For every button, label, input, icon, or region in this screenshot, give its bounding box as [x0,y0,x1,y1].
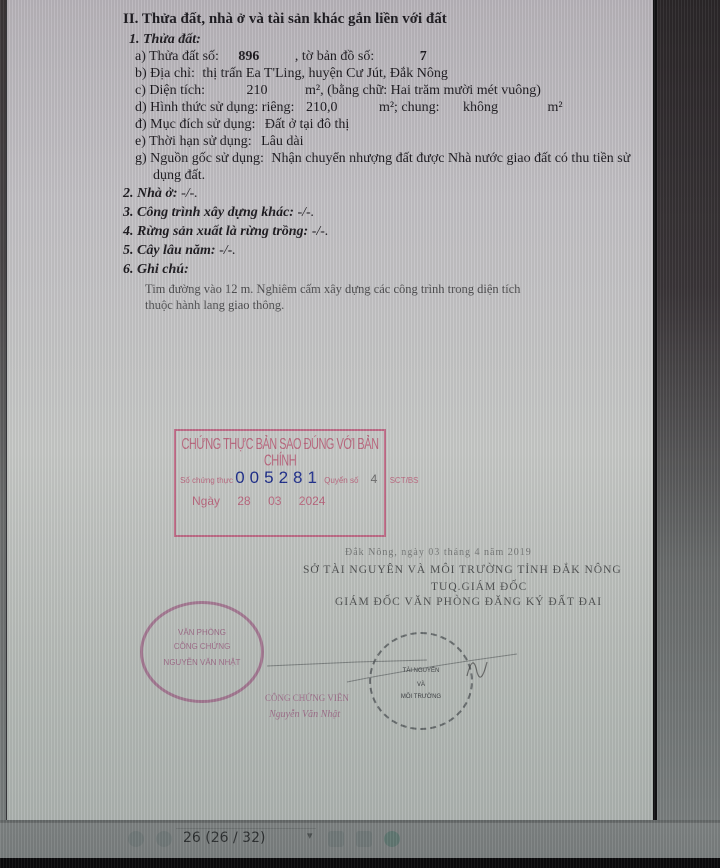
parcel-number-label: a) Thửa đất số: [135,49,219,64]
item-other-construction-label: 3. Công trình xây dựng khác: [123,205,294,220]
usage-form-row: d) Hình thức sử dụng: riêng: 210,0 m²; c… [135,100,563,117]
cert-book: 4 [371,472,378,486]
notary-seal: VĂN PHÒNG CÔNG CHỨNG NGUYỄN VĂN NHẬT [140,601,264,703]
origin-row: g) Nguồn gốc sử dụng: Nhận chuyển nhượng… [135,151,630,168]
address-row: b) Địa chỉ: thị trấn Ea T'Ling, huyện Cư… [135,66,448,83]
origin-label: g) Nguồn gốc sử dụng: [135,151,264,166]
item-perennial-trees: 5. Cây lâu năm: -/-. [123,243,236,260]
item-perennial-trees-label: 5. Cây lâu năm: [123,243,216,258]
term-value: Lâu dài [261,134,303,151]
seal-red-line-3: NGUYỄN VĂN NHẬT [143,658,261,667]
first-page-icon[interactable] [156,831,172,847]
private-area-unit: m²; chung: [379,100,440,117]
address-label: b) Địa chỉ: [135,66,195,81]
cert-number-row: Số chứng thực 005281 Quyển số 4 SCT/BS [180,468,418,488]
shared-area-value: không [463,100,498,117]
viewer-side-panel [656,0,720,822]
term-row: e) Thời hạn sử dụng: Lâu dài [135,134,303,151]
cert-number-label: Số chứng thực [180,476,233,485]
signature-role: GIÁM ĐỐC VĂN PHÒNG ĐĂNG KÝ ĐẤT ĐAI [335,596,602,608]
signature-place-date: Đắk Nông, ngày 03 tháng 4 năm 2019 [345,547,532,558]
certification-stamp: CHỨNG THỰC BẢN SAO ĐÚNG VỚI BẢN CHÍNH Số… [174,429,386,537]
item-other-construction: 3. Công trình xây dựng khác: -/-. [123,205,314,222]
area-row: c) Diện tích: 210 m², (bằng chữ: Hai tră… [135,83,541,100]
note-line-2: thuộc hành lang giao thông. [145,298,284,313]
cert-date-row: Ngày 28 03 2024 [192,494,339,508]
document-page: II. Thửa đất, nhà ở và tài sản khác gắn … [6,0,657,821]
item-planted-forest: 4. Rừng sản xuất là rừng trồng: -/-. [123,224,328,241]
dropdown-icon[interactable]: ▾ [307,829,313,842]
shared-area-unit: m² [548,100,563,117]
item-house-label: 2. Nhà ở: [123,186,178,201]
zoom-icon[interactable] [328,831,344,847]
item-perennial-trees-value: -/-. [219,243,236,258]
page-indicator[interactable]: 26 (26 / 32) [183,830,265,846]
map-sheet-label: , tờ bản đồ số: [295,49,374,66]
cert-book-label: Quyển số [324,476,358,485]
area-unit: m², (bằng chữ: Hai trăm mười mét vuông) [305,83,541,100]
parcel-number-row: a) Thửa đất số: 896 , tờ bản đồ số: 7 [135,49,427,66]
section-title: II. Thửa đất, nhà ở và tài sản khác gắn … [123,10,447,28]
fit-page-icon[interactable] [356,831,372,847]
purpose-label: đ) Mục đích sử dụng: [135,117,255,132]
item-planted-forest-label: 4. Rừng sản xuất là rừng trồng: [123,224,308,239]
signature-org: SỞ TÀI NGUYÊN VÀ MÔI TRƯỜNG TỈNH ĐẮK NÔN… [303,564,622,576]
term-label: e) Thời hạn sử dụng: [135,134,252,149]
item-notes-label: 6. Ghi chú: [123,262,189,277]
usage-form-label: d) Hình thức sử dụng: riêng: [135,100,294,115]
cert-day: 28 [237,494,250,508]
cert-year: 2024 [299,494,326,508]
cert-month: 03 [268,494,281,508]
purpose-row: đ) Mục đích sử dụng: Đất ở tại đô thị [135,117,349,134]
cert-suffix: SCT/BS [390,476,419,485]
item-planted-forest-value: -/-. [312,224,329,239]
map-sheet-value: 7 [420,49,427,66]
cert-date-label: Ngày [192,494,220,508]
viewer-toolbar: 26 (26 / 32) ▾ [0,822,720,859]
cert-stamp-title: CHỨNG THỰC BẢN SAO ĐÚNG VỚI BẢN CHÍNH [180,436,380,470]
rotate-icon[interactable] [384,831,400,847]
item-notes: 6. Ghi chú: [123,262,189,279]
area-value: 210 [246,83,267,100]
origin-value: Nhận chuyển nhượng đất được Nhà nước gia… [271,151,630,168]
screen-bezel [0,858,720,868]
item-house: 2. Nhà ở: -/-. [123,186,198,203]
subsection-title: 1. Thửa đất: [129,32,201,49]
private-area-value: 210,0 [306,100,338,117]
signature-tuq: TUQ.GIÁM ĐỐC [431,581,527,593]
notary-name: Nguyễn Văn Nhật [269,709,340,720]
seal-red-line-1: VĂN PHÒNG [143,628,261,637]
prev-page-icon[interactable] [128,831,144,847]
parcel-number-value: 896 [238,49,259,66]
origin-value-cont: dụng đất. [153,168,205,185]
seal-red-line-2: CÔNG CHỨNG [143,642,261,651]
item-house-value: -/-. [181,186,198,201]
note-line-1: Tim đường vào 12 m. Nghiêm cấm xây dựng … [145,282,521,297]
purpose-value: Đất ở tại đô thị [265,117,349,134]
signature-scribble [267,636,527,696]
address-value: thị trấn Ea T'Ling, huyện Cư Jút, Đắk Nô… [202,66,448,83]
cert-number: 005281 [235,468,322,487]
area-label: c) Diện tích: [135,83,205,98]
item-other-construction-value: -/-. [297,205,314,220]
